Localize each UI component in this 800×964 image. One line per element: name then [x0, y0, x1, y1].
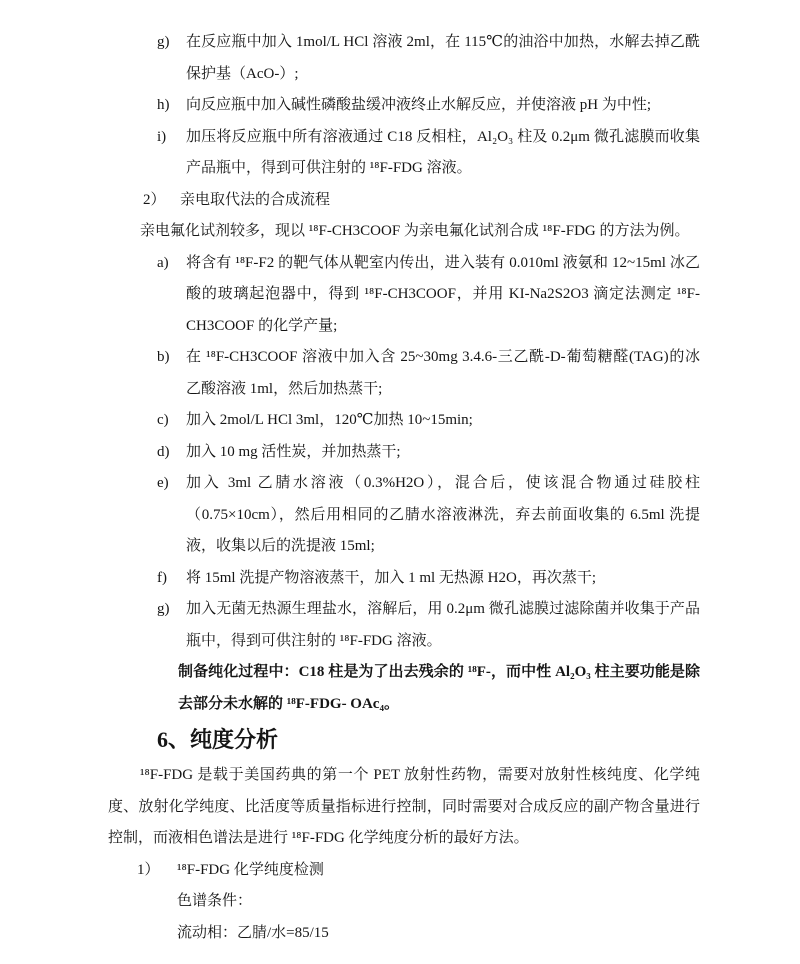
purity-intro-paragraph: ¹⁸F-FDG 是载于美国药典的第一个 PET 放射性药物，需要对放射性核纯度、… — [108, 760, 700, 855]
step-text: 加入 3ml 乙腈水溶液（0.3%H2O），混合后，使该混合物通过硅胶柱（0.7… — [186, 475, 700, 554]
step-letter: h) — [157, 90, 170, 122]
step-text: 将含有 ¹⁸F-F2 的靶气体从靶室内传出，进入装有 0.010ml 液氨和 1… — [186, 255, 700, 334]
procedure-step-d: d)加入 10 mg 活性炭，并加热蒸干; — [108, 437, 700, 469]
chromatography-conditions-label: 色谱条件： — [177, 886, 700, 918]
procedure-step-a: a)将含有 ¹⁸F-F2 的靶气体从靶室内传出，进入装有 0.010ml 液氨和… — [108, 248, 700, 343]
step-text: 加压将反应瓶中所有溶液通过 C18 反相柱，Al₂O₃ 柱及 0.2μm 微孔滤… — [186, 129, 700, 177]
procedure-step-h: h)向反应瓶中加入碱性磷酸盐缓冲液终止水解反应，并使溶液 pH 为中性; — [108, 90, 700, 122]
purification-note: 制备纯化过程中：C18 柱是为了出去残余的 ¹⁸F-，而中性 Al₂O₃ 柱主要… — [178, 657, 700, 720]
step-text: 在反应瓶中加入 1mol/L HCl 溶液 2ml，在 115℃的油浴中加热，水… — [186, 34, 700, 82]
section-6-heading: 6、纯度分析 — [157, 720, 700, 760]
step-letter: f) — [157, 563, 167, 595]
procedure-step-e: e)加入 3ml 乙腈水溶液（0.3%H2O），混合后，使该混合物通过硅胶柱（0… — [108, 468, 700, 563]
electrophilic-intro-paragraph: 亲电氟化试剂较多，现以 ¹⁸F-CH3COOF 为亲电氟化试剂合成 ¹⁸F-FD… — [108, 216, 700, 248]
procedure-step-c: c)加入 2mol/L HCl 3ml，120℃加热 10~15min; — [108, 405, 700, 437]
step-text: 加入无菌无热源生理盐水，溶解后，用 0.2μm 微孔滤膜过滤除菌并收集于产品瓶中… — [186, 601, 700, 649]
procedure-step-i: i)加压将反应瓶中所有溶液通过 C18 反相柱，Al₂O₃ 柱及 0.2μm 微… — [108, 122, 700, 185]
purity-item-1: 1）¹⁸F-FDG 化学纯度检测 — [108, 855, 700, 887]
step-text: 加入 10 mg 活性炭，并加热蒸干; — [186, 444, 401, 460]
step-letter: a) — [157, 248, 169, 280]
step-text: 在 ¹⁸F-CH3COOF 溶液中加入含 25~30mg 3.4.6-三乙酰-D… — [186, 349, 700, 397]
step-letter: b) — [157, 342, 170, 374]
step-letter: g) — [157, 27, 170, 59]
step-letter: i) — [157, 122, 166, 154]
step-text: 将 15ml 洗提产物溶液蒸干，加入 1 ml 无热源 H2O，再次蒸干; — [186, 570, 596, 586]
procedure-step-b: b)在 ¹⁸F-CH3COOF 溶液中加入含 25~30mg 3.4.6-三乙酰… — [108, 342, 700, 405]
step-letter: d) — [157, 437, 170, 469]
section-title-text: 亲电取代法的合成流程 — [180, 192, 330, 208]
step-text: 向反应瓶中加入碱性磷酸盐缓冲液终止水解反应，并使溶液 pH 为中性; — [186, 97, 651, 113]
mobile-phase-line: 流动相：乙腈/水=85/15 — [177, 918, 700, 950]
section-number: 2） — [143, 185, 166, 217]
procedure-step-g: g)在反应瓶中加入 1mol/L HCl 溶液 2ml，在 115℃的油浴中加热… — [108, 27, 700, 90]
section-2-title: 2）亲电取代法的合成流程 — [108, 185, 700, 217]
step-letter: g) — [157, 594, 170, 626]
step-letter: e) — [157, 468, 169, 500]
step-text: 加入 2mol/L HCl 3ml，120℃加热 10~15min; — [186, 412, 473, 428]
sub-item-title: ¹⁸F-FDG 化学纯度检测 — [177, 862, 324, 878]
step-letter: c) — [157, 405, 169, 437]
procedure-step-f: f)将 15ml 洗提产物溶液蒸干，加入 1 ml 无热源 H2O，再次蒸干; — [108, 563, 700, 595]
document-page: g)在反应瓶中加入 1mol/L HCl 溶液 2ml，在 115℃的油浴中加热… — [0, 0, 800, 964]
procedure-step-g2: g)加入无菌无热源生理盐水，溶解后，用 0.2μm 微孔滤膜过滤除菌并收集于产品… — [108, 594, 700, 657]
sub-item-number: 1） — [137, 855, 160, 887]
